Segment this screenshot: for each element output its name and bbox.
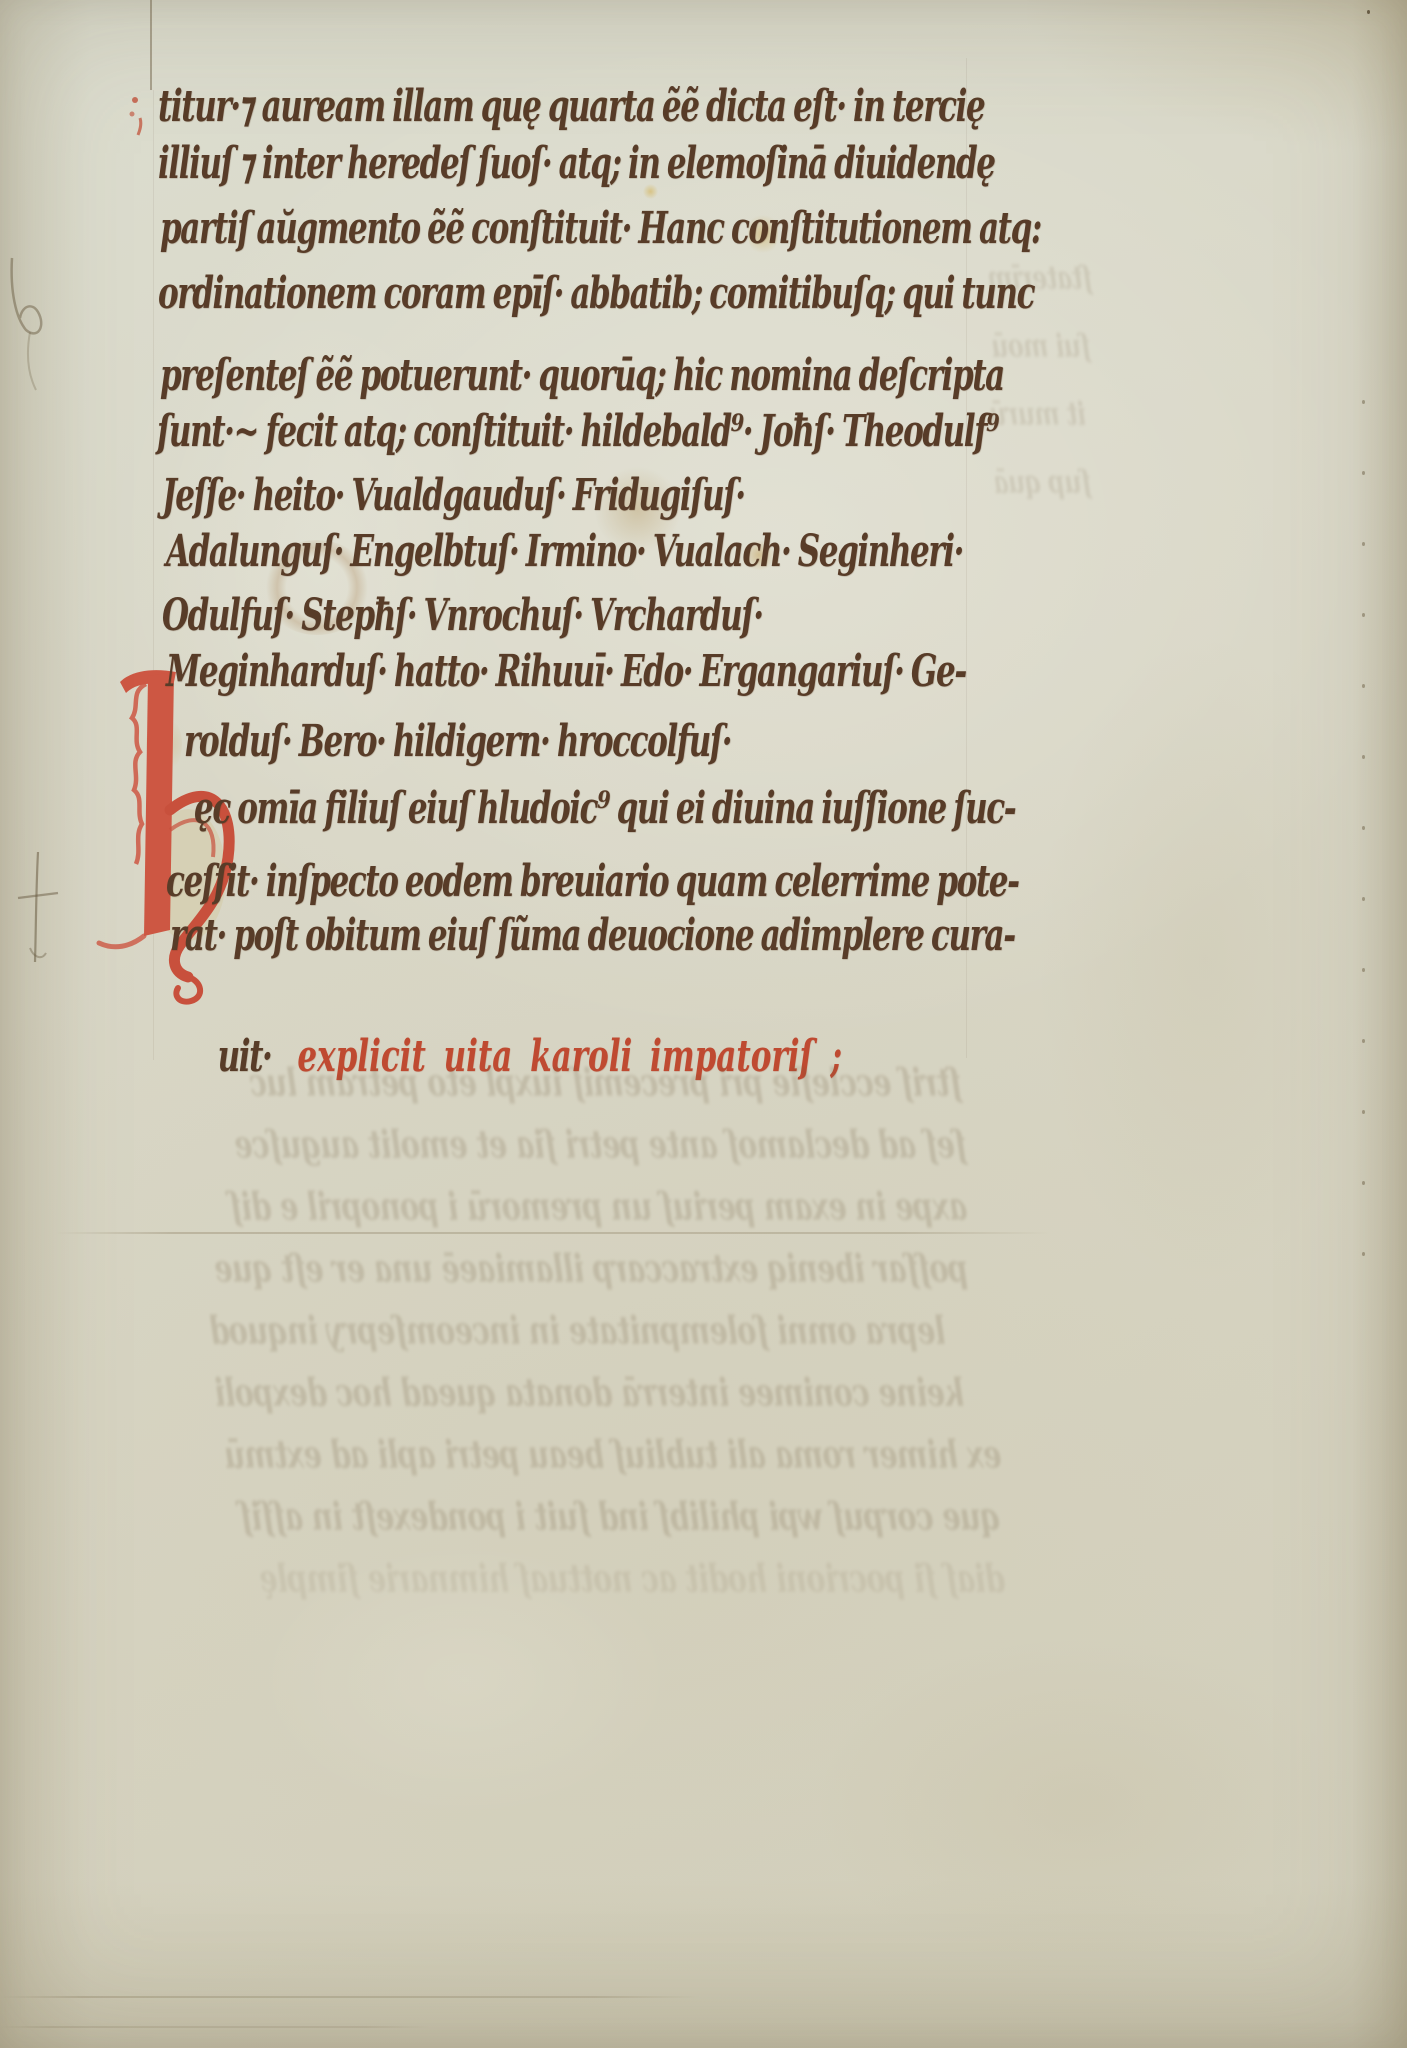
parchment-texture [1040, 640, 1370, 1280]
showthrough-line: keine conimee interrā donata quead hoc d… [215, 1370, 964, 1415]
stain [146, 715, 182, 773]
crease-line [0, 1996, 700, 1998]
margin-letter-mark [12, 258, 42, 333]
pricking-hole [1362, 826, 1365, 830]
pricking-hole [1362, 897, 1365, 901]
showthrough-line: que corpuſ wpi philibſ ind ſuit i pondex… [240, 1494, 1000, 1539]
red-pen-trials [126, 92, 156, 142]
manuscript-line-15: uit·explicit uita karoli impatoriſ ; [188, 980, 842, 1133]
manuscript-line-12: ęc omīa filiuſ eiuſ hludoic⁹ qui ei diui… [194, 783, 1015, 834]
manuscript-line-9: Odulfuſ· Stepħſ· Vnrochuſ· Vrcharduſ· [162, 590, 763, 641]
crease-line [55, 1232, 1050, 1234]
manuscript-line-5: preſenteſ ẽẽ potuerunt· quorūq; hic nomi… [160, 350, 1004, 401]
parchment-texture [1352, 0, 1407, 2048]
manuscript-line-4: ordinationem coram epīſ· abbatib; comiti… [158, 268, 1034, 319]
ruling-line-top [150, 0, 152, 90]
pricking-hole [1362, 1039, 1365, 1043]
pricking-hole [1362, 755, 1365, 759]
showthrough-margin-word: ſtaterīm [988, 258, 1092, 296]
pricking-hole [1362, 471, 1365, 475]
pricking-hole [1362, 1252, 1365, 1256]
manuscript-page: titur·⁊ auream illam quę quarta ẽẽ dicta… [0, 0, 1407, 2048]
showthrough-line: axpe in exam periuſ un premorū i ponopri… [230, 1184, 967, 1229]
parchment-texture [1027, 0, 1407, 150]
parchment-texture [820, 1640, 1340, 1970]
manuscript-line-6: ſunt·~ fecit atq; conſtituit· hildebald⁹… [157, 406, 998, 457]
margin-curve-mark [28, 332, 36, 390]
manuscript-line-1: titur·⁊ auream illam quę quarta ẽẽ dicta… [158, 81, 984, 132]
showthrough-line: lepra omni ſolempnitate in inceomſepry i… [210, 1308, 946, 1353]
showthrough-line: diaſ ſi pocrioni hodit ac nottuaſ himnar… [260, 1556, 1005, 1601]
manuscript-line-3: partiſ aŭgmento ẽẽ conſtituit· Hanc conſ… [160, 203, 1041, 254]
pricking-hole [1362, 1110, 1365, 1114]
manuscript-line-7: Jeſſe· heito· Vualdgauduſ· Fridugiſuſ· [162, 470, 745, 521]
pricking-hole [1362, 1181, 1365, 1185]
plummet-cross-vertical [35, 852, 38, 962]
manuscript-line-8: Adalunguſ· Engelbtuſ· Irmino· Vualach· S… [166, 526, 963, 577]
plummet-cross-horizontal [18, 893, 58, 898]
parchment-texture [0, 0, 90, 2048]
manuscript-line-11: rolduſ· Bero· hildigern· hroccolfuſ· [184, 716, 731, 767]
parchment-texture [0, 1878, 1407, 2048]
showthrough-line: ſtriſ eccleſie pri precemiſ iuxpl eto pe… [250, 1060, 961, 1105]
showthrough-line: ſeſ ad declamoſ ante petri ſia et emolit… [235, 1122, 967, 1167]
pricking-hole [1362, 968, 1365, 972]
pricking-hole [1367, 10, 1370, 14]
showthrough-line: poſſar ibeniq extraccarp illamiaeē una e… [215, 1246, 968, 1291]
manuscript-line-10: Meginharduſ· hatto· Rihuuī· Edo· Erganga… [166, 646, 966, 697]
manuscript-line-14: rat· poſt obitum eiuſ ſũma deuocione adi… [170, 910, 1015, 961]
margin-marks [0, 0, 70, 1010]
pricking-hole [1362, 613, 1365, 617]
ruling-line-left [153, 90, 154, 1060]
crease-line [0, 2026, 430, 2028]
showthrough-margin-word: ſup quā [994, 462, 1091, 500]
showthrough-margin-word: it murū [990, 394, 1086, 432]
showthrough-margin-word: ſui moū [992, 326, 1091, 364]
pricking-hole [1362, 400, 1365, 404]
manuscript-line-13: ceſſit· inſpecto eodem breuiario quam ce… [166, 856, 1019, 907]
plummet-cross-hook [30, 948, 46, 957]
pricking-hole [1362, 542, 1365, 546]
pricking-hole [1362, 684, 1365, 688]
manuscript-line-2: illiuſ ⁊ inter heredeſ ſuoſ· atq; in ele… [158, 138, 995, 189]
showthrough-line: ex himer roma ali tubliuſ beau petri apl… [225, 1432, 1002, 1477]
